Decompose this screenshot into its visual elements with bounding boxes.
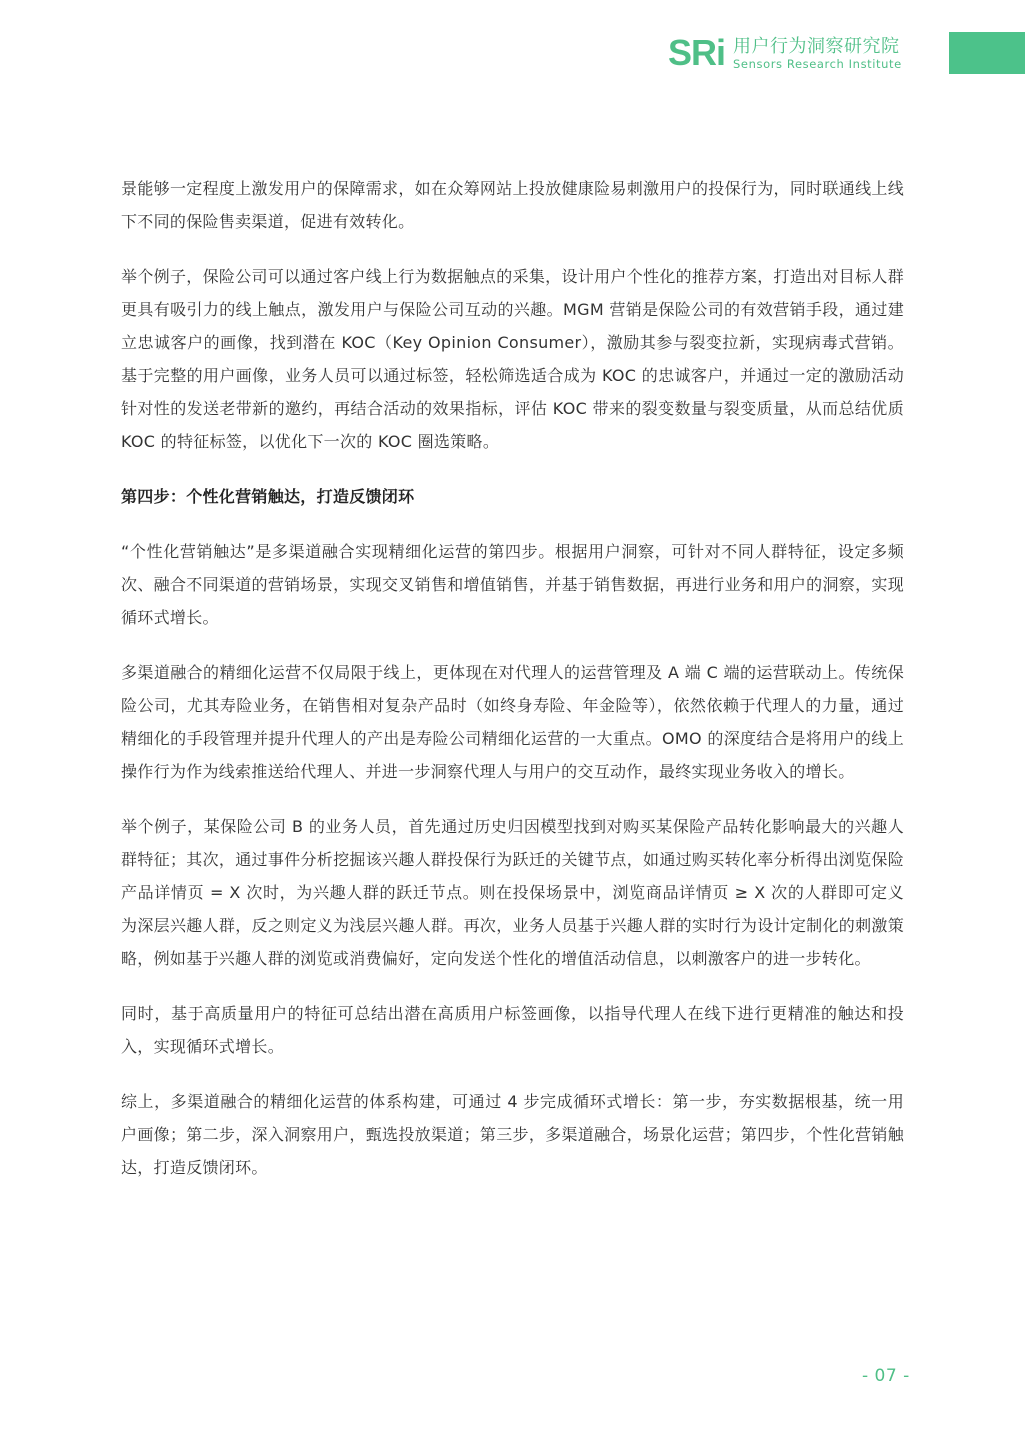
page-number: - 07 - — [862, 1366, 910, 1386]
paragraph-3: “个性化营销触达”是多渠道融合实现精细化运营的第四步。根据用户洞察，可针对不同人… — [121, 535, 904, 634]
institute-name-cn: 用户行为洞察研究院 — [733, 38, 902, 56]
paragraph-7: 综上，多渠道融合的精细化运营的体系构建，可通过 4 步完成循环式增长：第一步，夯… — [121, 1085, 904, 1184]
paragraph-2: 举个例子，保险公司可以通过客户线上行为数据触点的采集，设计用户个性化的推荐方案，… — [121, 260, 904, 458]
paragraph-6: 同时，基于高质量用户的特征可总结出潜在高质用户标签画像，以指导代理人在线下进行更… — [121, 997, 904, 1063]
institute-logo: SRi 用户行为洞察研究院 Sensors Research Institute — [668, 32, 902, 76]
document-body: 景能够一定程度上激发用户的保障需求，如在众筹网站上投放健康险易刺激用户的投保行为… — [121, 172, 904, 1206]
header-accent-tab — [949, 32, 1025, 74]
institute-name-en: Sensors Research Institute — [733, 59, 902, 71]
paragraph-1: 景能够一定程度上激发用户的保障需求，如在众筹网站上投放健康险易刺激用户的投保行为… — [121, 172, 904, 238]
paragraph-4: 多渠道融合的精细化运营不仅局限于线上，更体现在对代理人的运营管理及 A 端 C … — [121, 656, 904, 788]
paragraph-5: 举个例子，某保险公司 B 的业务人员，首先通过历史归因模型找到对购买某保险产品转… — [121, 810, 904, 975]
logo-text: 用户行为洞察研究院 Sensors Research Institute — [733, 38, 902, 71]
sri-logo-mark: SRi — [668, 35, 725, 71]
section-heading: 第四步：个性化营销触达，打造反馈闭环 — [121, 480, 904, 513]
